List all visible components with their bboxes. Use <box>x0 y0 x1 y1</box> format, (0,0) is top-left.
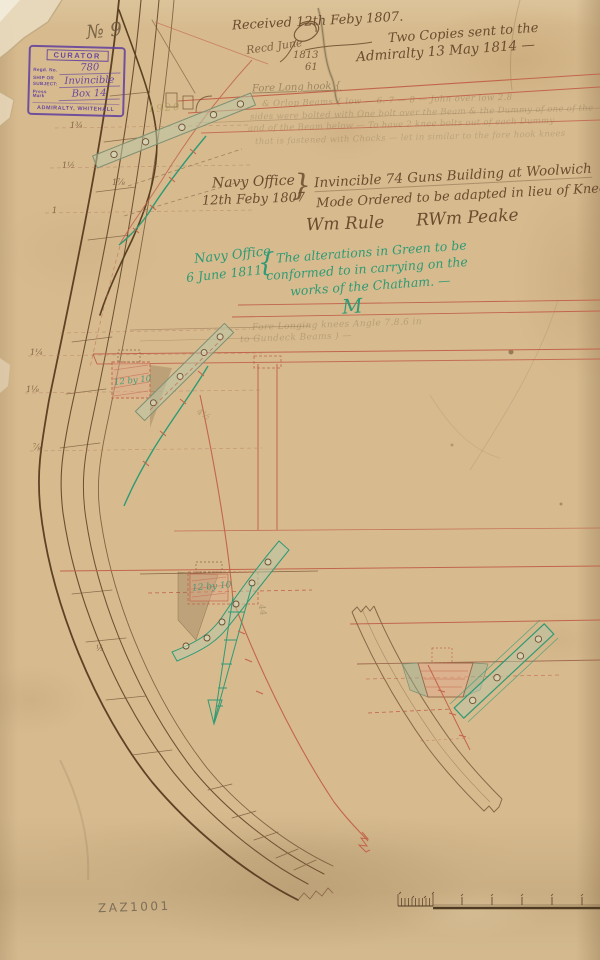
stamp-ship-label: SHIP OR SUBJECT: <box>33 75 59 86</box>
knee-assembly-3 <box>172 541 289 724</box>
green-monogram: M <box>341 293 363 318</box>
hull-planking-lines <box>39 0 333 900</box>
margin-fraction: ⅞ <box>33 443 41 452</box>
navy-office-line1: Navy Office <box>212 173 295 192</box>
stamp-ship-value: Invincible <box>59 76 120 89</box>
margin-fraction: 1¾ <box>70 121 83 130</box>
curator-stamp: CURATOR Regd. No. 780 SHIP OR SUBJECT: I… <box>27 45 126 118</box>
archive-number: ZAZ1001 <box>98 899 171 916</box>
margin-fraction: 1½ <box>62 161 75 170</box>
signature-rule: Wm Rule <box>306 213 385 236</box>
margin-fraction: 1⅛ <box>26 385 39 394</box>
stamp-title: CURATOR <box>46 49 108 62</box>
margin-fraction: 1¼ <box>30 348 43 357</box>
stamp-footer: ADMIRALTY, WHITEHALL <box>32 102 119 113</box>
stamp-regd-label: Regd. No. <box>33 68 59 73</box>
knee-assembly-2 <box>112 323 234 506</box>
navy-office-brace: } <box>292 168 311 203</box>
stamp-press-value: Box 14 <box>59 89 120 102</box>
received-number: 61 <box>305 62 318 73</box>
margin-fraction: ½ <box>96 644 104 653</box>
stamp-press-label: Press Mark <box>33 90 59 100</box>
received-year: 1813 <box>293 50 318 61</box>
faint-plan-number: 1920 <box>148 102 182 115</box>
drawing-sheet: № 9 CURATOR Regd. No. 780 SHIP OR SUBJEC… <box>0 0 600 960</box>
pencil-44: 44 <box>256 603 268 616</box>
margin-fraction: 1⅞ <box>112 178 125 187</box>
stamp-regd-value: 780 <box>59 63 120 76</box>
knee-assembly-4 <box>352 606 558 812</box>
scale-bar <box>398 892 600 908</box>
margin-fraction: 1 <box>52 206 57 215</box>
sheet-number: № 9 <box>85 18 123 44</box>
